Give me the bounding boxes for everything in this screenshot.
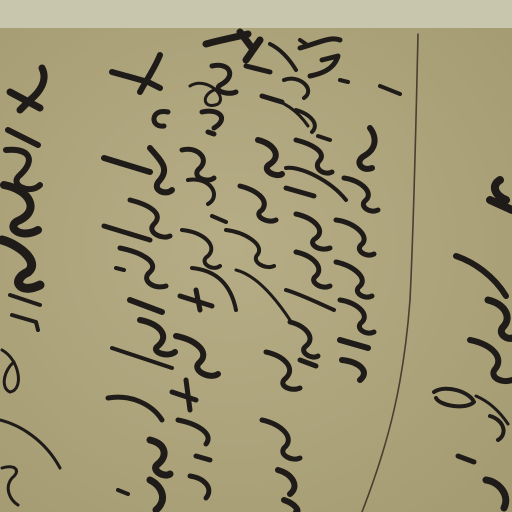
manuscript-photo: Close-up photograph of a handwritten man…: [0, 0, 512, 512]
handwriting-strokes: [0, 0, 512, 512]
